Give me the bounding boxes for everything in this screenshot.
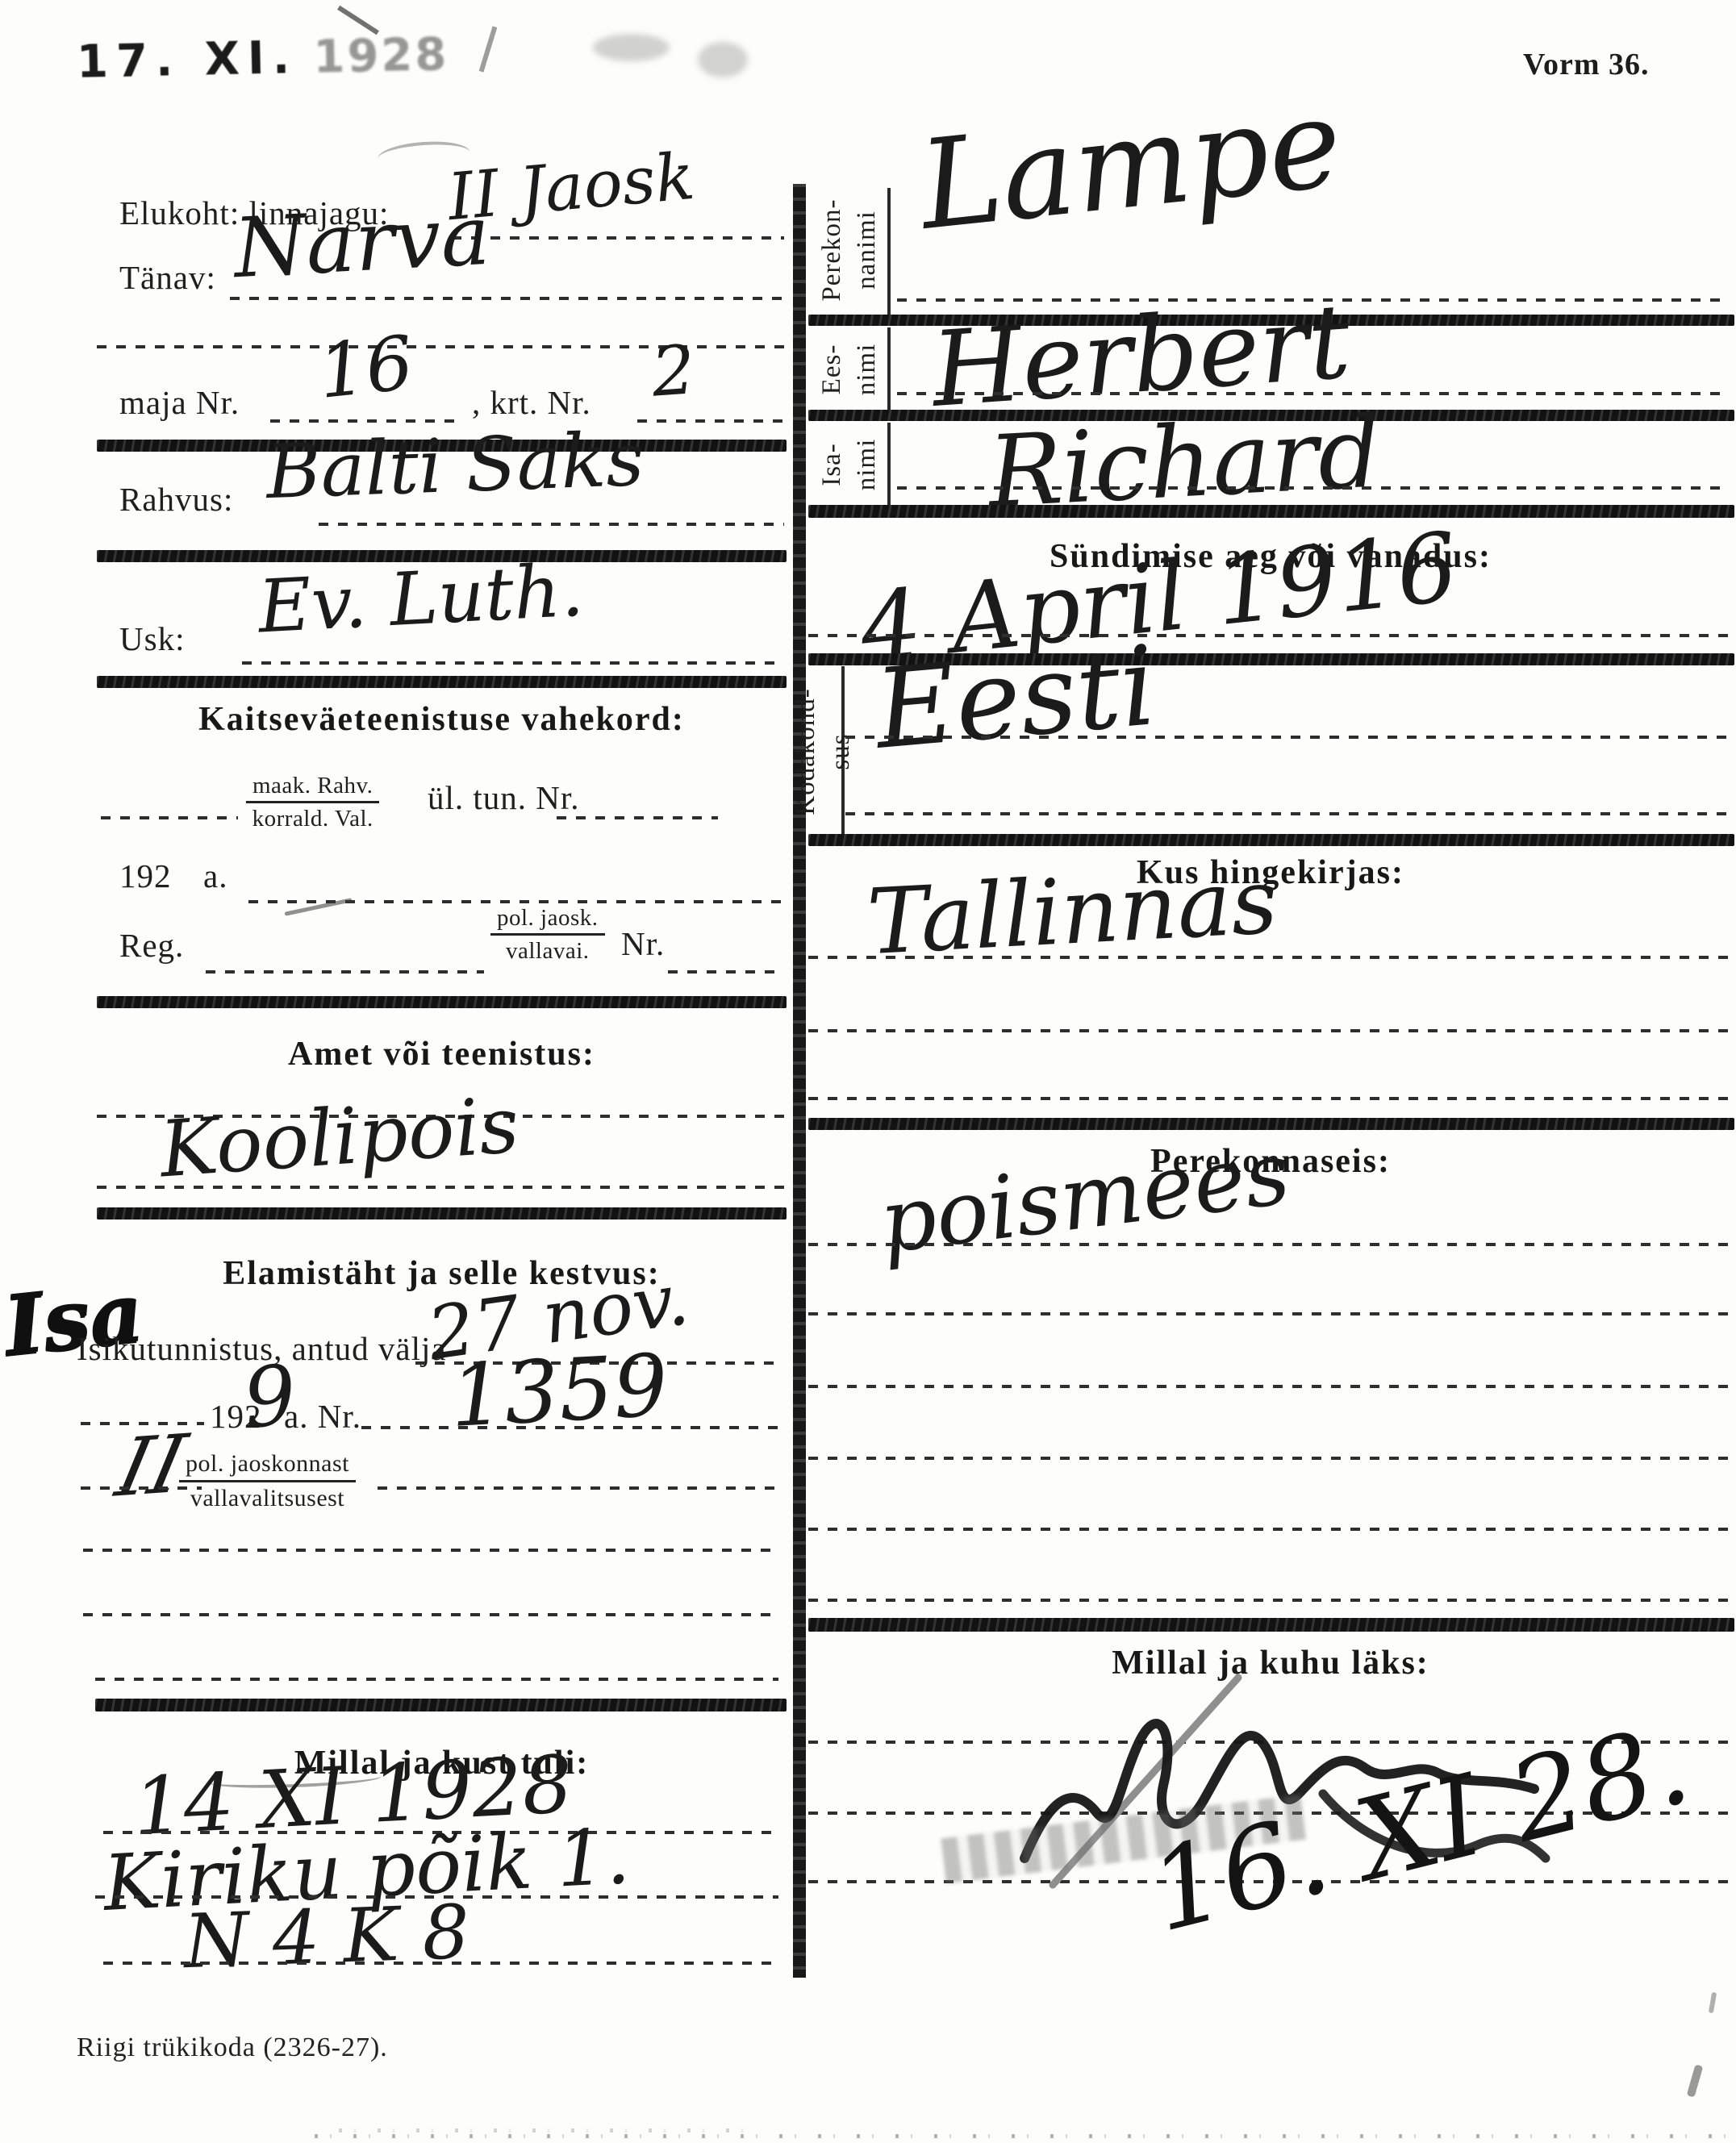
parish-value-handwriting: Tallinnas xyxy=(865,857,1279,968)
fraction-bottom: vallavai. xyxy=(490,936,605,964)
scan-edge-mark xyxy=(1687,2064,1704,2097)
dotted-line xyxy=(808,1385,1728,1388)
dotted-line xyxy=(97,1186,784,1189)
citizenship-label-line1: Kodakond- xyxy=(789,688,824,815)
dotted-line xyxy=(808,956,1728,959)
house-number-value-handwriting: 16 xyxy=(315,326,417,410)
fraction-bottom: vallavalitsusest xyxy=(179,1482,356,1512)
dotted-line xyxy=(101,816,238,819)
dotted-line xyxy=(557,816,718,819)
scan-edge-speckle xyxy=(339,2128,758,2133)
fraction-bottom: korrald. Val. xyxy=(246,803,379,832)
apartment-number-value-handwriting: 2 xyxy=(649,336,697,407)
dotted-line xyxy=(83,1613,778,1616)
fraction-top: pol. jaoskonnast xyxy=(179,1450,356,1482)
dotted-line xyxy=(808,1457,1728,1460)
registration-card-scan: 17. XI. 1928 Vorm 36. Elukoht: linnajagu… xyxy=(0,0,1736,2143)
firstname-label-line1: Ees- xyxy=(815,344,849,395)
apartment-number-label: , krt. Nr. xyxy=(472,383,591,422)
fathername-value-handwriting: Richard xyxy=(986,402,1383,521)
surname-label-line2: nanimi xyxy=(849,211,884,290)
occupation-header: Amet või teenistus: xyxy=(97,1035,787,1074)
fraction-top: maak. Rahv. xyxy=(246,773,379,803)
section-divider-bar xyxy=(95,1699,787,1711)
dotted-line xyxy=(808,1599,1728,1602)
section-divider-bar xyxy=(97,996,787,1008)
dotted-line xyxy=(808,1097,1728,1100)
house-number-label: maja Nr. xyxy=(119,383,240,422)
dotted-line xyxy=(808,1029,1728,1032)
surname-label: Perekon- nanimi xyxy=(811,181,888,319)
scan-edge-speckle xyxy=(315,2134,1730,2138)
nationality-value-handwriting: Balti Saks xyxy=(265,423,645,510)
dotted-line xyxy=(230,297,784,300)
printer-imprint: Riigi trükikoda (2326-27). xyxy=(77,2033,388,2063)
identity-number-label: a. Nr. xyxy=(284,1397,361,1436)
section-divider-bar xyxy=(97,1207,787,1220)
section-divider-bar xyxy=(808,505,1734,518)
dotted-line xyxy=(808,1528,1728,1531)
register-number-label: Nr. xyxy=(621,924,665,963)
fathername-label-line1: Isa- xyxy=(815,443,849,486)
issuing-authority-fraction: pol. jaoskonnast vallavalitsusest xyxy=(179,1450,356,1511)
dotted-line xyxy=(95,1678,778,1681)
military-certificate-label: ül. tun. Nr. xyxy=(428,778,580,817)
nationality-label: Rahvus: xyxy=(119,480,233,519)
citizenship-label-line2: sus xyxy=(824,733,858,769)
dotted-line xyxy=(637,419,784,423)
ink-smudge xyxy=(479,26,498,72)
dotted-line xyxy=(808,634,1728,637)
section-divider-bar xyxy=(97,676,787,688)
dotted-line xyxy=(270,419,464,423)
dotted-line xyxy=(103,1962,778,1965)
register-label: Reg. xyxy=(119,926,184,965)
religion-label: Usk: xyxy=(119,619,185,658)
date-stamp-day-month: 17. XI. xyxy=(76,31,298,89)
military-authority-fraction: maak. Rahv. korrald. Val. xyxy=(246,773,379,832)
section-divider-bar xyxy=(808,1618,1734,1632)
dotted-line xyxy=(361,1426,781,1429)
dotted-line xyxy=(452,236,784,240)
surname-value-handwriting: Lampe xyxy=(914,81,1346,248)
date-stamp-year: 1928 xyxy=(313,28,449,84)
section-divider-bar xyxy=(808,834,1734,846)
form-number: Vorm 36. xyxy=(1523,47,1649,82)
dotted-line xyxy=(242,661,784,665)
religion-value-handwriting: Ev. Luth. xyxy=(257,555,586,644)
citizenship-label: Kodakond- sus xyxy=(791,659,856,844)
fathername-label-line2: nimi xyxy=(849,439,884,491)
column-divider xyxy=(793,184,806,1978)
arrival-note-handwriting: N 4 K 8 xyxy=(183,1895,471,1979)
military-year-suffix: a. xyxy=(203,857,227,895)
dotted-line xyxy=(808,1312,1728,1315)
dotted-line xyxy=(897,392,1728,395)
dotted-line xyxy=(845,736,1728,739)
occupation-value-handwriting: Koolipois xyxy=(157,1086,521,1189)
dotted-line xyxy=(668,970,782,974)
firstname-label-line2: nimi xyxy=(849,344,884,396)
dotted-line xyxy=(897,486,1728,490)
dotted-line xyxy=(83,1549,778,1552)
military-service-header: Kaitseväeteenistuse vahekord: xyxy=(97,700,787,739)
ink-smudge xyxy=(698,42,748,77)
dotted-line xyxy=(319,523,784,526)
fraction-top: pol. jaosk. xyxy=(490,905,605,936)
scan-edge-mark xyxy=(1709,1992,1717,2014)
surname-label-line1: Perekon- xyxy=(815,198,849,301)
register-authority-fraction: pol. jaosk. vallavai. xyxy=(490,905,605,965)
citizenship-value-handwriting: Eesti xyxy=(871,632,1160,765)
dotted-line xyxy=(808,1243,1728,1246)
dotted-line xyxy=(206,970,484,974)
date-stamp: 17. XI. 1928 xyxy=(76,28,449,89)
dotted-line xyxy=(378,1486,781,1490)
ink-smudge xyxy=(593,34,670,61)
street-value-handwriting: Narva xyxy=(232,195,492,290)
identity-number-handwriting: 1359 xyxy=(448,1343,670,1440)
street-label: Tänav: xyxy=(119,258,216,297)
military-year-prefix: 192 xyxy=(119,857,172,895)
dotted-line xyxy=(845,812,1728,815)
